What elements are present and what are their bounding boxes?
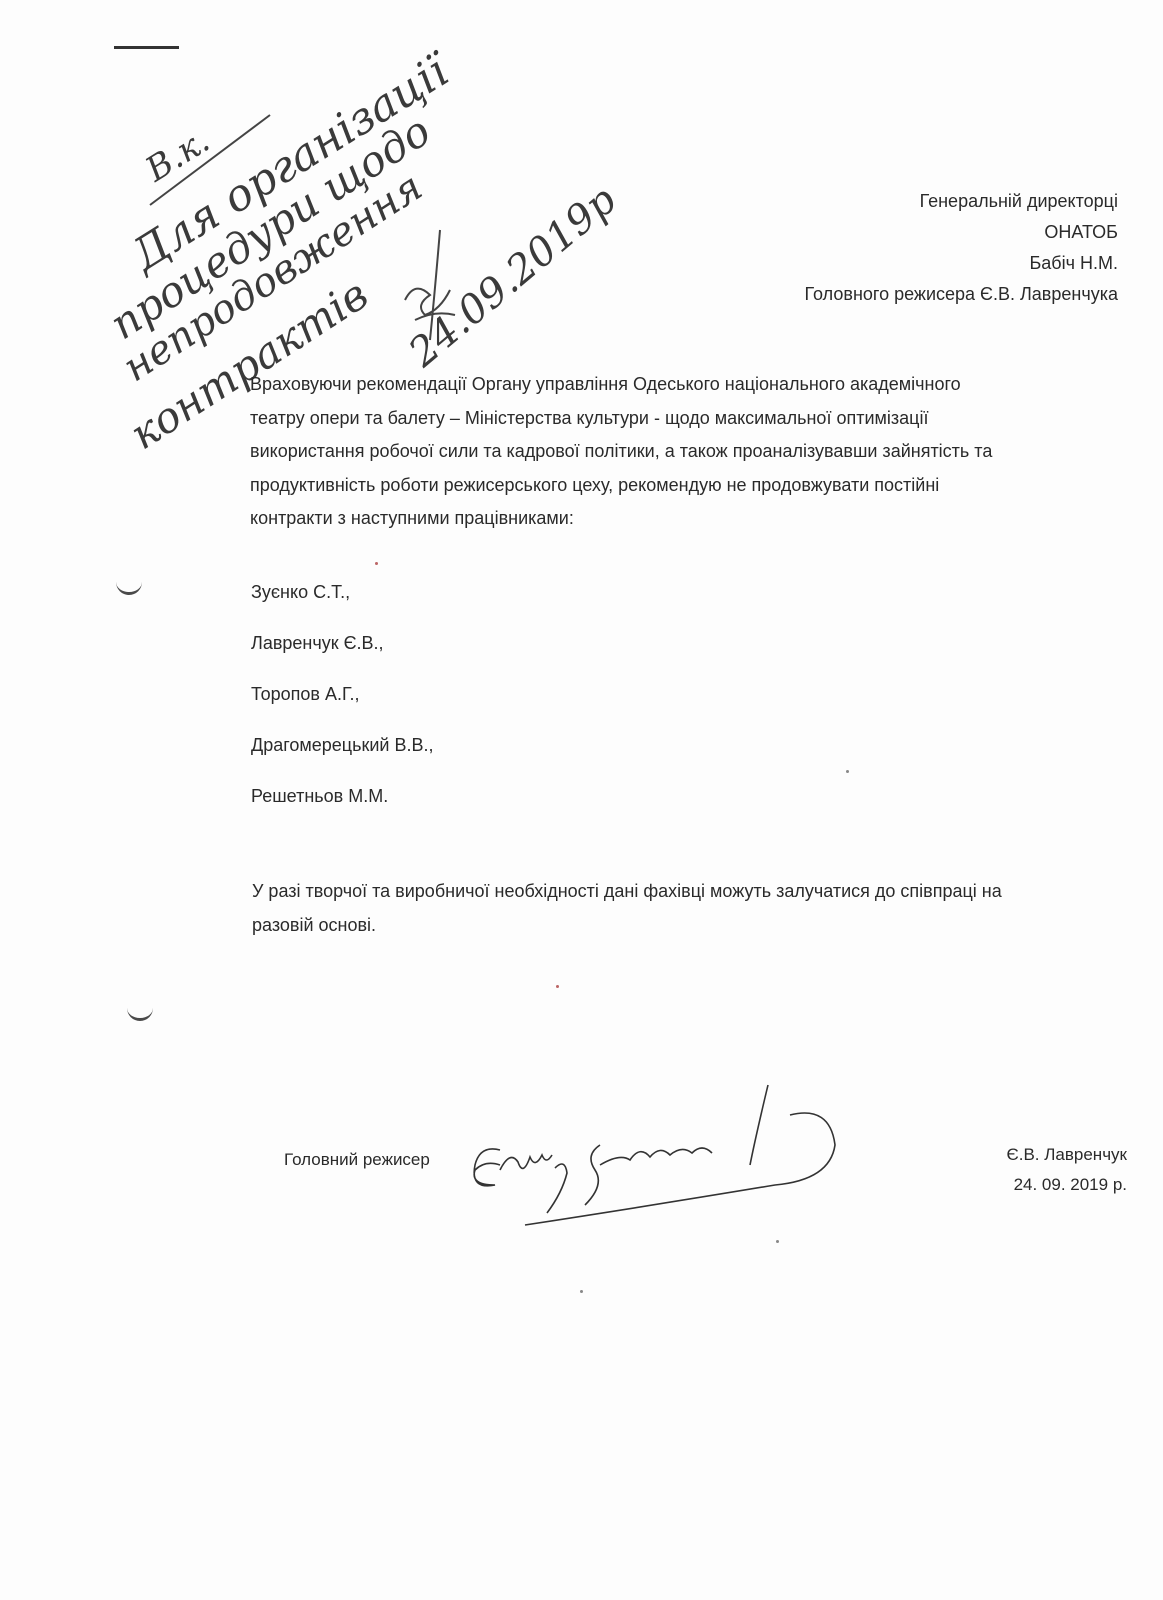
sender-line: Головного режисера Є.В. Лавренчука [805,279,1118,310]
addressee-organization: ОНАТОБ [805,217,1118,248]
scan-speck [556,985,559,988]
signatory-name: Є.В. Лавренчук [1007,1140,1127,1170]
addressee-position: Генеральній директорці [805,186,1118,217]
resolution-line: В.к. [139,121,217,190]
body-line: використання робочої сили та кадрової по… [250,435,1100,469]
document-page: В.к. Для організації процедури щодо непр… [0,0,1163,1600]
signatory-title: Головний режисер [284,1150,430,1170]
employee-item: Решетньов М.М. [251,784,434,835]
scan-speck [375,562,378,565]
addressee-block: Генеральній директорці ОНАТОБ Бабіч Н.М.… [805,186,1118,310]
scan-speck [580,1290,583,1293]
margin-dash-mark [114,46,179,49]
closing-line: разовій основі. [252,908,1002,942]
body-line: продуктивність роботи режисерського цеху… [250,469,1100,503]
scan-speck [776,1240,779,1243]
resolution-date: 24.09.2019р [400,177,625,376]
body-line: контракти з наступними працівниками: [250,502,1100,536]
body-paragraph: Враховуючи рекомендації Органу управлінн… [250,368,1100,536]
employee-item: Лавренчук Є.В., [251,631,434,682]
employee-item: Зуєнко С.Т., [251,580,434,631]
body-line: Враховуючи рекомендації Органу управлінн… [250,368,1100,402]
closing-paragraph: У разі творчої та виробничої необхідност… [252,874,1002,942]
margin-mark [116,580,142,595]
employee-item: Торопов А.Г., [251,682,434,733]
signatory-block: Є.В. Лавренчук 24. 09. 2019 р. [1007,1140,1127,1200]
handwritten-signature-icon [0,0,1,1]
closing-line: У разі творчої та виробничої необхідност… [252,874,1002,908]
body-line: театру опери та балету – Міністерства ку… [250,402,1100,436]
employee-item: Драгомерецький В.В., [251,733,434,784]
scan-speck [846,770,849,773]
addressee-name: Бабіч Н.М. [805,248,1118,279]
employee-list: Зуєнко С.Т., Лавренчук Є.В., Торопов А.Г… [251,580,434,835]
margin-mark [127,1006,153,1021]
signature-date: 24. 09. 2019 р. [1007,1170,1127,1200]
